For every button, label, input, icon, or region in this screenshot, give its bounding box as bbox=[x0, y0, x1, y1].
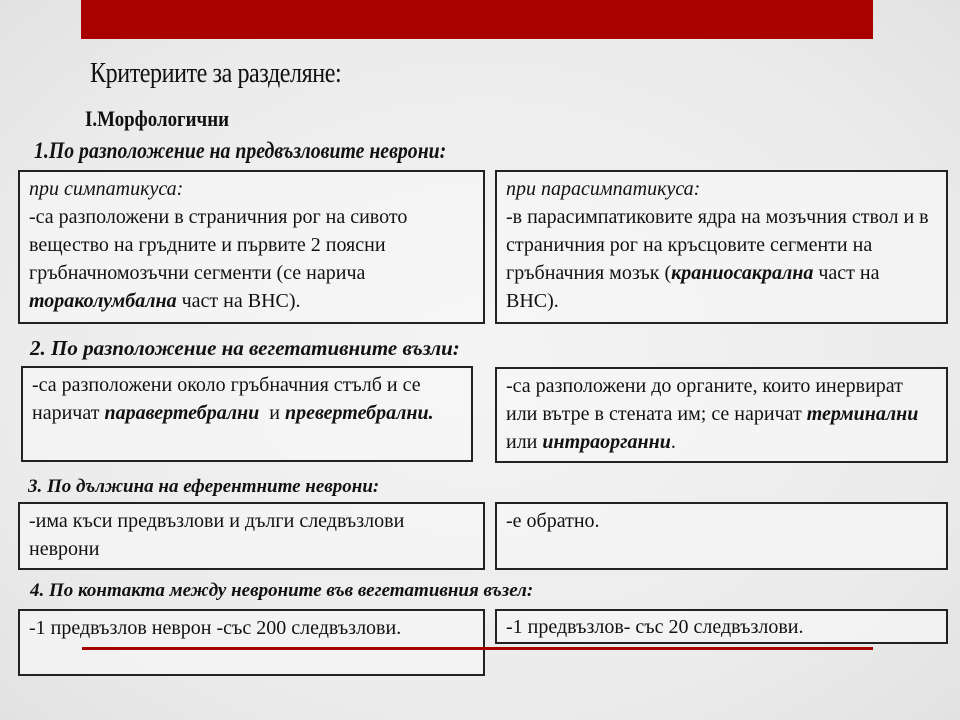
box-emphasis-2: интраорганни bbox=[542, 431, 671, 453]
efferent-left-box: -има къси предвъзлови и дълги следвъзлов… bbox=[18, 502, 485, 570]
section-heading-1: 1.По разположение на предвъзловите невро… bbox=[34, 138, 446, 164]
box-text: -е обратно. bbox=[506, 510, 600, 532]
box-text-mid: и bbox=[259, 402, 285, 424]
red-underline bbox=[82, 647, 873, 650]
box-text-mid: или bbox=[506, 431, 542, 453]
box-text: -има къси предвъзлови и дълги следвъзлов… bbox=[29, 510, 404, 560]
box-emphasis: терминални bbox=[807, 403, 919, 425]
section-heading-4: 4. По контакта между невроните във вегет… bbox=[30, 580, 533, 602]
section-heading-3: 3. По дължина на еферентните неврони: bbox=[28, 476, 379, 498]
box-emphasis-2: превертебрални. bbox=[285, 402, 434, 424]
paravertebral-box: -са разположени около гръбначния стълб и… bbox=[21, 366, 473, 462]
box-emphasis: паравертебрални bbox=[104, 402, 259, 424]
section-heading-2: 2. По разположение на вегетативните възл… bbox=[30, 336, 460, 361]
title-accent-bar bbox=[81, 0, 873, 39]
efferent-right-box: -е обратно. bbox=[495, 502, 948, 570]
box-text: -са разположени в страничния рог на сиво… bbox=[29, 206, 407, 284]
contact-left-box: -1 предвъзлов неврон -със 200 следвъзлов… bbox=[18, 609, 485, 676]
box-emphasis: тораколумбална bbox=[29, 290, 177, 312]
box-emphasis: краниосакрална bbox=[671, 262, 813, 284]
box-text-end: част на ВНС). bbox=[177, 290, 301, 312]
sympathetic-box: при симпатикуса: -са разположени в стран… bbox=[18, 170, 485, 324]
box-text-end: . bbox=[671, 431, 676, 453]
box-lead: при симпатикуса: bbox=[29, 178, 183, 200]
box-text: -1 предвъзлов неврон -със 200 следвъзлов… bbox=[29, 617, 401, 639]
terminal-box: -са разположени до органите, които инерв… bbox=[495, 367, 948, 463]
parasympathetic-box: при парасимпатикуса: -в парасимпатиковит… bbox=[495, 170, 948, 324]
box-lead: при парасимпатикуса: bbox=[506, 178, 700, 200]
slide-subtitle: I.Морфологични bbox=[85, 106, 229, 132]
slide-title: Критериите за разделяне: bbox=[90, 58, 341, 90]
contact-right-box: -1 предвъзлов- със 20 следвъзлови. bbox=[495, 609, 948, 644]
box-text: -1 предвъзлов- със 20 следвъзлови. bbox=[506, 616, 803, 638]
